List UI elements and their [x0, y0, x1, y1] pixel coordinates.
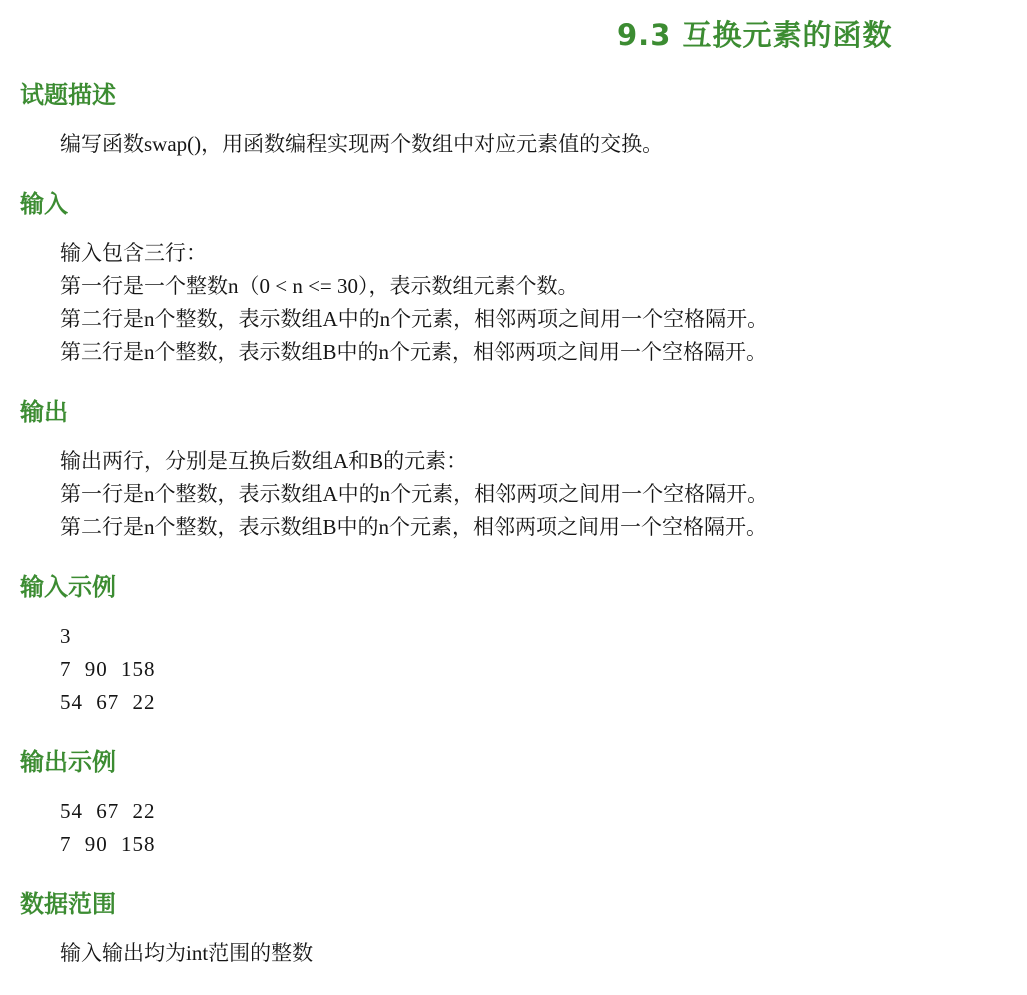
section-input: 输入输入包含三行：第一行是一个整数n（0 < n <= 30），表示数组元素个数…	[20, 191, 1007, 369]
section-body-output: 输出两行，分别是互换后数组A和B的元素：第一行是n个整数，表示数组A中的n个元素…	[60, 445, 1007, 544]
text-line: 第二行是n个整数，表示数组B中的n个元素，相邻两项之间用一个空格隔开。	[60, 511, 1007, 544]
section-heading-data-range: 数据范围	[20, 891, 1007, 917]
section-output: 输出输出两行，分别是互换后数组A和B的元素：第一行是n个整数，表示数组A中的n个…	[20, 399, 1007, 544]
section-input-sample: 输入示例37 90 15854 67 22	[20, 574, 1007, 719]
text-line: 第一行是一个整数n（0 < n <= 30），表示数组元素个数。	[60, 270, 1007, 303]
text-line: 第二行是n个整数，表示数组A中的n个元素，相邻两项之间用一个空格隔开。	[60, 303, 1007, 336]
text-line: 7 90 158	[60, 828, 1007, 861]
text-line: 输入包含三行：	[60, 237, 1007, 270]
section-heading-output-sample: 输出示例	[20, 749, 1007, 775]
section-heading-input: 输入	[20, 191, 1007, 217]
section-body-input-sample: 37 90 15854 67 22	[60, 620, 1007, 719]
section-body-input: 输入包含三行：第一行是一个整数n（0 < n <= 30），表示数组元素个数。第…	[60, 237, 1007, 369]
section-output-sample: 输出示例54 67 227 90 158	[20, 749, 1007, 861]
text-line: 输入输出均为int范围的整数	[60, 937, 1007, 970]
document-page: 9.3 互换元素的函数 试题描述编写函数swap()，用函数编程实现两个数组中对…	[0, 0, 1027, 995]
text-line: 7 90 158	[60, 653, 1007, 686]
text-line: 第一行是n个整数，表示数组A中的n个元素，相邻两项之间用一个空格隔开。	[60, 478, 1007, 511]
section-body-data-range: 输入输出均为int范围的整数	[60, 937, 1007, 970]
section-body-problem-description: 编写函数swap()，用函数编程实现两个数组中对应元素值的交换。	[60, 128, 1007, 161]
section-body-output-sample: 54 67 227 90 158	[60, 795, 1007, 861]
text-line: 编写函数swap()，用函数编程实现两个数组中对应元素值的交换。	[60, 128, 1007, 161]
text-line: 54 67 22	[60, 686, 1007, 719]
section-heading-problem-description: 试题描述	[20, 82, 1007, 108]
text-line: 3	[60, 620, 1007, 653]
text-line: 第三行是n个整数，表示数组B中的n个元素，相邻两项之间用一个空格隔开。	[60, 336, 1007, 369]
page-title: 9.3 互换元素的函数	[617, 18, 1007, 52]
section-heading-input-sample: 输入示例	[20, 574, 1007, 600]
document-body: 试题描述编写函数swap()，用函数编程实现两个数组中对应元素值的交换。输入输入…	[20, 82, 1007, 970]
text-line: 54 67 22	[60, 795, 1007, 828]
section-problem-description: 试题描述编写函数swap()，用函数编程实现两个数组中对应元素值的交换。	[20, 82, 1007, 161]
section-data-range: 数据范围输入输出均为int范围的整数	[20, 891, 1007, 970]
text-line: 输出两行，分别是互换后数组A和B的元素：	[60, 445, 1007, 478]
section-heading-output: 输出	[20, 399, 1007, 425]
